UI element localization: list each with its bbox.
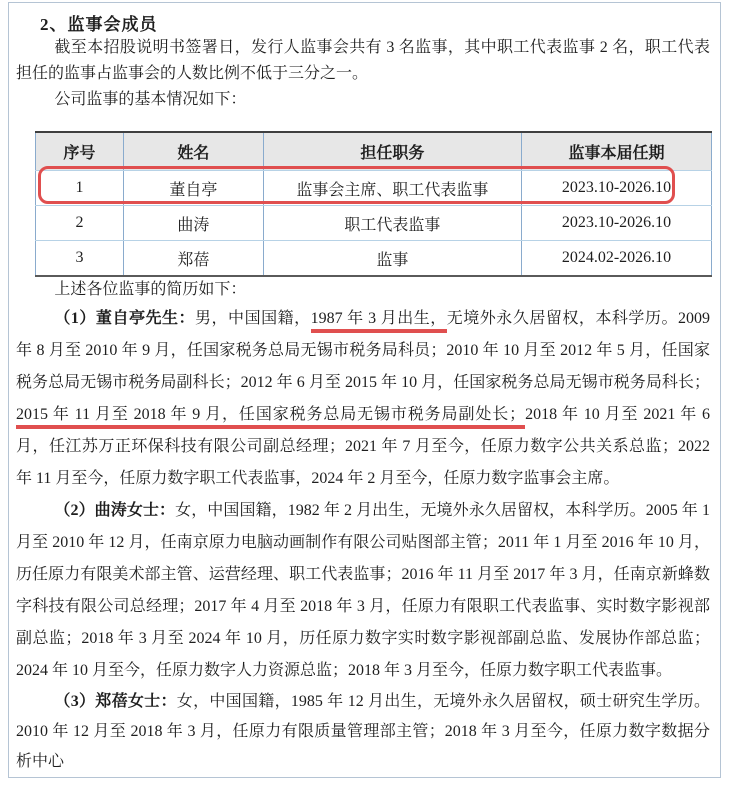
supervisors-table: 序号 姓名 担任职务 监事本届任期 1 董自亭 监事会主席、职工代表监事 202… [35, 131, 712, 277]
intro-paragraph: 截至本招股说明书签署日，发行人监事会共有 3 名监事，其中职工代表监事 2 名，… [16, 35, 710, 87]
table-row-3: 3 郑蓓 监事 2024.02-2026.10 [36, 241, 712, 277]
cell-title: 监事 [263, 241, 521, 277]
table-header-row: 序号 姓名 担任职务 监事本届任期 [36, 132, 712, 171]
cell-name: 曲涛 [123, 206, 263, 241]
red-underline-tenure: 2015 年 11 月至 2018 年 9 月，任国家税务总局无锡市税务局副处长… [16, 406, 525, 429]
document-content: 2、监事会成员 截至本招股说明书签署日，发行人监事会共有 3 名监事，其中职工代… [0, 0, 730, 777]
bio1-name-lead: （1）董自亭先生： [54, 310, 195, 327]
bio1-text-segment: 男，中国国籍， [195, 310, 311, 327]
cell-name: 郑蓓 [123, 241, 263, 277]
cell-no: 3 [36, 241, 124, 277]
bio-paragraph-1: （1）董自亭先生：男，中国国籍，1987 年 3 月出生，无境外永久居留权，本科… [16, 303, 710, 495]
cell-no: 2 [36, 206, 124, 241]
cell-term: 2024.02-2026.10 [522, 241, 712, 277]
resumes-caption: 上述各位监事的简历如下： [16, 277, 710, 303]
section-heading: 2、监事会成员 [40, 10, 710, 35]
bio3-name-lead: （3）郑蓓女士： [54, 693, 176, 710]
table-row-1: 1 董自亭 监事会主席、职工代表监事 2023.10-2026.10 [36, 171, 712, 206]
document-page: 2、监事会成员 截至本招股说明书签署日，发行人监事会共有 3 名监事，其中职工代… [0, 0, 730, 790]
table-caption: 公司监事的基本情况如下： [16, 87, 710, 113]
cell-title: 职工代表监事 [263, 206, 521, 241]
cell-term: 2023.10-2026.10 [522, 206, 712, 241]
col-header-no: 序号 [36, 132, 124, 171]
cell-term: 2023.10-2026.10 [522, 171, 712, 206]
bio-paragraph-3: （3）郑蓓女士：女，中国国籍，1985 年 12 月出生，无境外永久居留权，硕士… [16, 687, 710, 777]
bio-paragraph-2: （2）曲涛女士：女，中国国籍，1982 年 2 月出生，无境外永久居留权，本科学… [16, 495, 710, 687]
cell-title: 监事会主席、职工代表监事 [263, 171, 521, 206]
supervisors-table-wrap: 序号 姓名 担任职务 监事本届任期 1 董自亭 监事会主席、职工代表监事 202… [35, 131, 712, 277]
bio2-name-lead: （2）曲涛女士： [54, 502, 175, 519]
cell-no: 1 [36, 171, 124, 206]
col-header-name: 姓名 [123, 132, 263, 171]
bio2-text-segment: 女，中国国籍，1982 年 2 月出生，无境外永久居留权，本科学历。2005 年… [16, 502, 710, 679]
cell-name: 董自亭 [123, 171, 263, 206]
table-row-2: 2 曲涛 职工代表监事 2023.10-2026.10 [36, 206, 712, 241]
col-header-term: 监事本届任期 [522, 132, 712, 171]
red-underline-birthdate: 1987 年 3 月出生， [311, 310, 447, 333]
col-header-title: 担任职务 [263, 132, 521, 171]
